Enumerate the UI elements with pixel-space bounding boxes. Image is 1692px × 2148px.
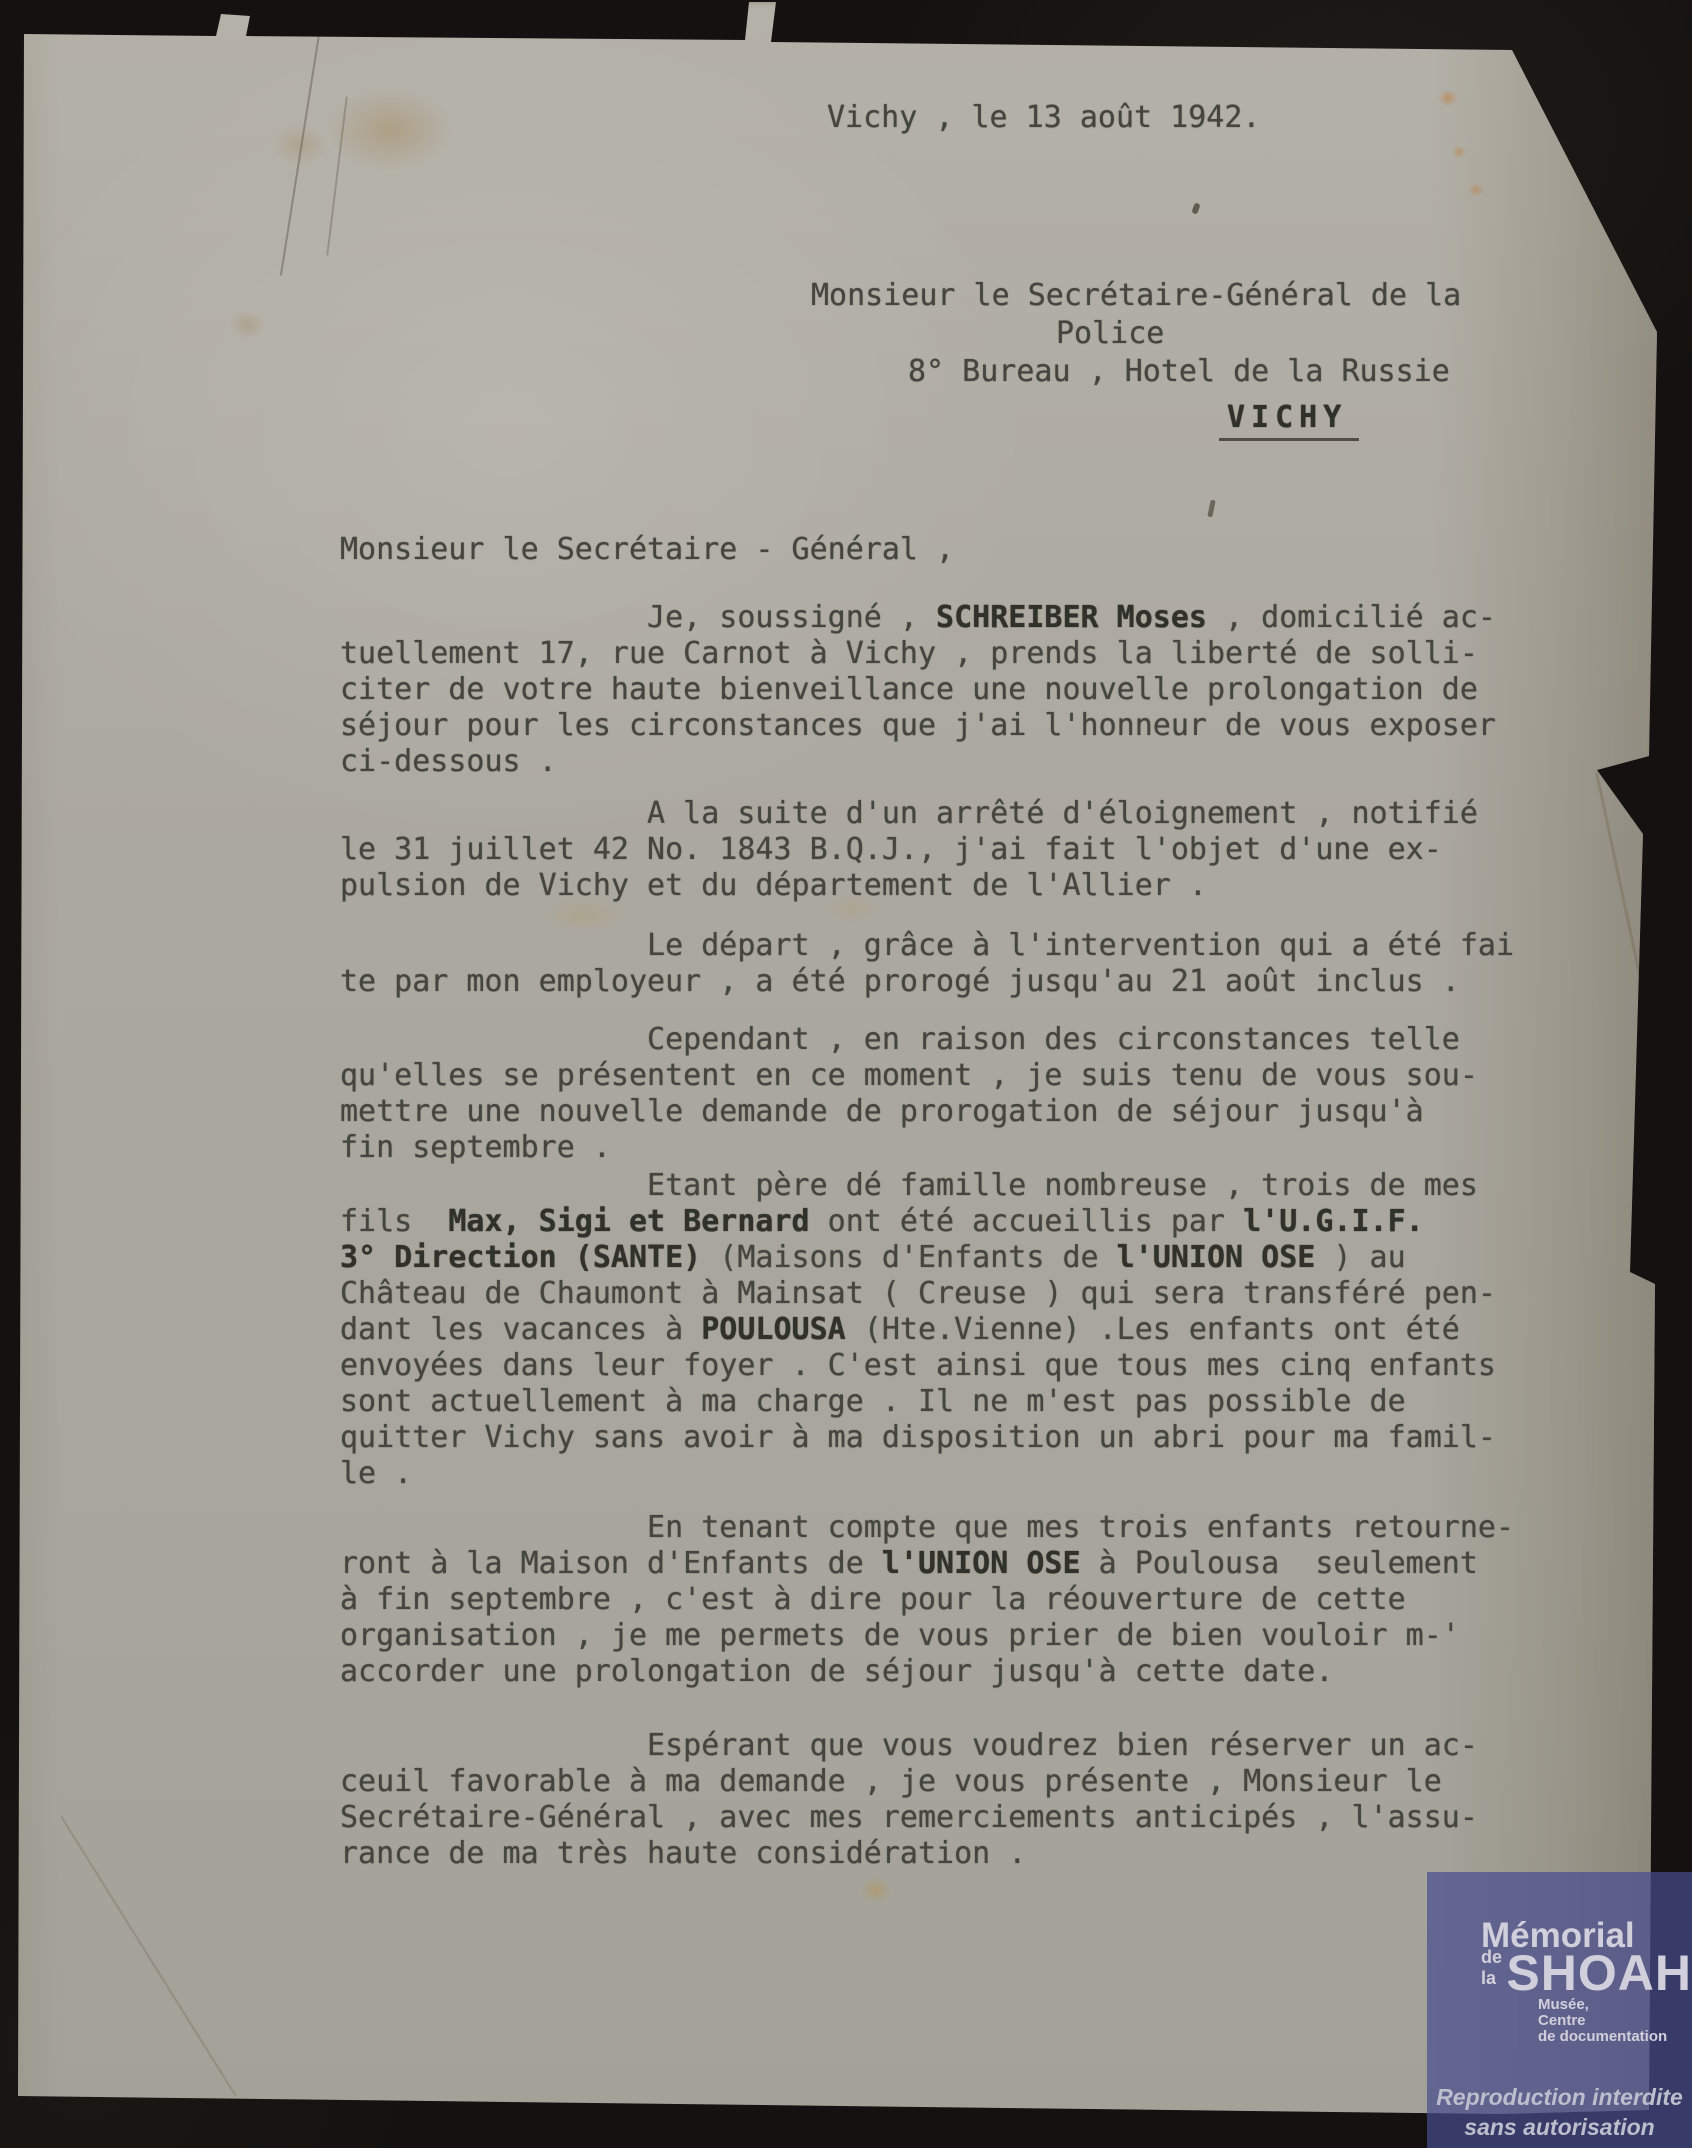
recipient-city: VICHY (1219, 400, 1359, 436)
letter-sheet: Vichy , le 13 août 1942. Monsieur le Sec… (0, 0, 1692, 2148)
logo-shoah-text: SHOAH (1506, 1952, 1692, 1995)
fold-crease-bottom-left (60, 1816, 237, 2097)
paragraph-2: A la suite d'un arrêté d'éloignement , n… (340, 796, 1478, 904)
fold-crease-top-right (1519, 58, 1668, 342)
ink-speck (1191, 202, 1200, 214)
paragraph-7: Espérant que vous voudrez bien réserver … (340, 1728, 1478, 1872)
paragraph-4: Cependant , en raison des circonstances … (340, 1022, 1478, 1166)
reproduction-notice-line-1: Reproduction interdite (1427, 2084, 1692, 2111)
reproduction-notice-line-2: sans autorisation (1427, 2114, 1692, 2141)
paragraph-5: Etant père dé famille nombreuse , trois … (340, 1168, 1496, 1492)
logo-documentation-text: de documentation (1538, 2029, 1692, 2045)
paragraph-1: Je, soussigné , SCHREIBER Moses , domici… (340, 600, 1496, 780)
logo-dela-text: de la (1481, 1947, 1504, 1994)
memorial-shoah-logo: Mémorial de la SHOAH Musée, Centre de do… (1481, 1918, 1692, 2046)
salutation: Monsieur le Secrétaire - Général , (340, 532, 954, 568)
paragraph-3: Le départ , grâce à l'intervention qui a… (340, 928, 1514, 1000)
archive-watermark: Mémorial de la SHOAH Musée, Centre de do… (1427, 1872, 1692, 2148)
recipient-line-2: Police (1056, 316, 1164, 352)
paragraph-6: En tenant compte que mes trois enfants r… (340, 1510, 1514, 1690)
tear-crease-right-edge (1595, 772, 1645, 994)
pencil-scratch (280, 33, 320, 275)
ink-speck (1207, 500, 1215, 518)
recipient-city-text: VICHY (1219, 400, 1359, 441)
pencil-scratch (326, 96, 347, 255)
date-line: Vichy , le 13 août 1942. (827, 100, 1260, 136)
recipient-line-1: Monsieur le Secrétaire-Général de la (811, 278, 1461, 314)
recipient-line-3: 8° Bureau , Hotel de la Russie (908, 354, 1450, 390)
scan-background: Vichy , le 13 août 1942. Monsieur le Sec… (0, 0, 1692, 2148)
logo-centre-text: Centre (1538, 2013, 1692, 2029)
